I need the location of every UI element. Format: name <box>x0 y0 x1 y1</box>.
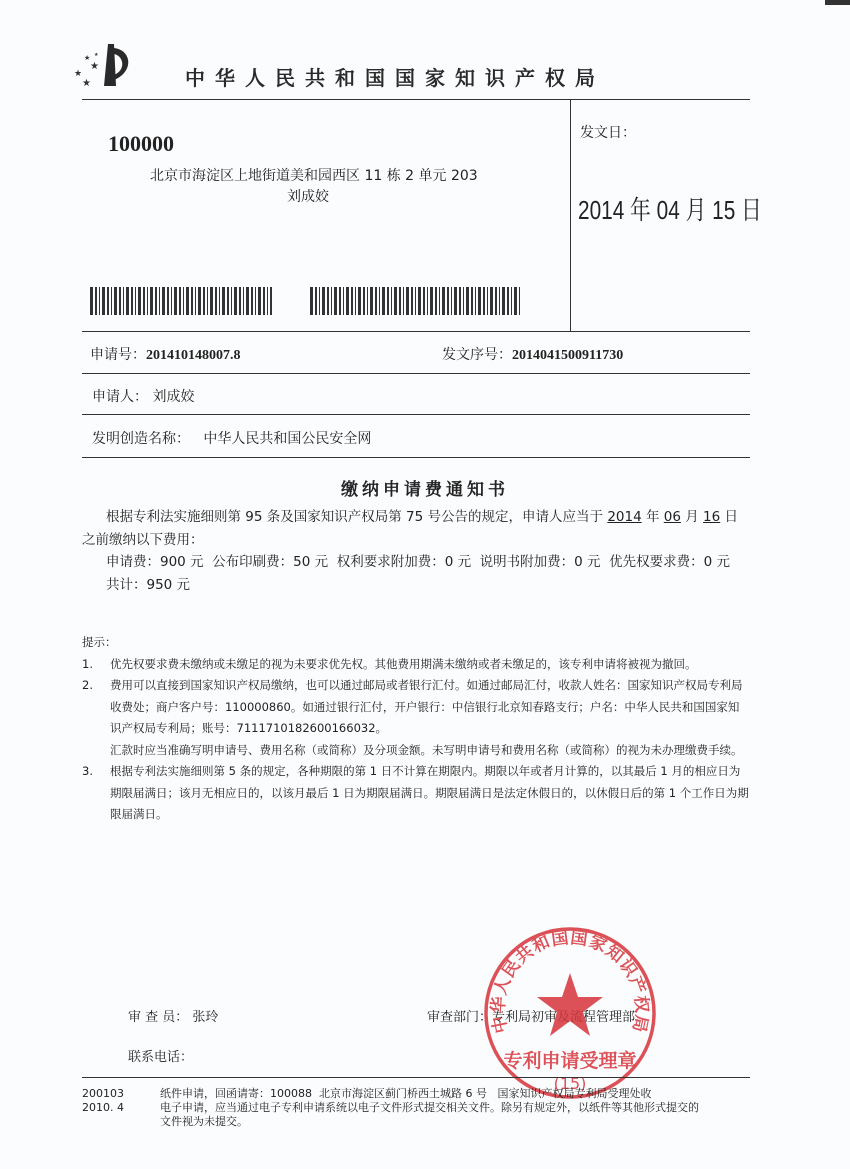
department-name: 专利局初审及流程管理部 <box>492 1010 635 1025</box>
serial-number-value: 2014041500911730 <box>512 348 623 363</box>
postcode: 100000 <box>108 131 174 157</box>
tip-item: 1. 优先权要求费未缴纳或未缴足的视为未要求优先权。其他费用期满未缴纳或者未缴足… <box>82 654 750 676</box>
serial-number-label: 发文序号： <box>442 347 512 363</box>
svg-text:★: ★ <box>90 61 99 72</box>
applicant-label: 申请人： <box>92 389 148 405</box>
department: 审查部门：专利局初审及流程管理部 <box>427 1006 635 1025</box>
seal-center-text: 专利申请受理章 <box>503 1049 636 1072</box>
divider <box>82 414 750 415</box>
divider <box>82 331 750 332</box>
barcode-right <box>310 287 520 315</box>
invention-title: 发明创造名称： 中华人民共和国公民安全网 <box>92 428 371 448</box>
scan-corner-mark <box>825 0 850 5</box>
divider <box>82 457 750 458</box>
tip-item: 2. 费用可以直接到国家知识产权局缴纳，也可以通过邮局或者银行汇付。如通过邮局汇… <box>82 675 750 740</box>
svg-text:★: ★ <box>94 52 99 58</box>
serial-number: 发文序号：2014041500911730 <box>442 344 623 364</box>
recipient-name: 刘成姣 <box>287 186 329 206</box>
tips-heading: 提示： <box>82 632 750 654</box>
fee-total: 共计：950 元 <box>82 574 750 597</box>
divider <box>82 373 750 374</box>
footer-divider <box>82 1077 750 1078</box>
deadline-month: 06 <box>664 509 681 525</box>
agency-name: 中华人民共和国国家知识产权局 <box>185 62 605 91</box>
applicant: 申请人： 刘成姣 <box>92 386 194 406</box>
footer-line: 200103 纸件申请，回函请寄：100088 北京市海淀区蓟门桥西土城路 6 … <box>82 1087 762 1101</box>
deadline-year: 2014 <box>607 509 641 525</box>
fee-list: 申请费：900 元 公布印刷费：50 元 权利要求附加费：0 元 说明书附加费：… <box>82 551 750 574</box>
barcode-left <box>90 287 272 315</box>
star-icon <box>537 973 603 1036</box>
department-label: 审查部门： <box>427 1010 492 1025</box>
notice-title: 缴纳申请费通知书 <box>0 475 850 500</box>
notice-intro: 根据专利法实施细则第 95 条及国家知识产权局第 75 号公告的规定，申请人应当… <box>82 506 750 551</box>
issue-date-value: 2014 年 04 月 15 日 <box>578 190 762 227</box>
divider-vertical <box>570 99 571 331</box>
tip-item: 3. 根据专利法实施细则第 5 条的规定，各种期限的第 1 日不计算在期限内。期… <box>82 761 750 826</box>
svg-text:★: ★ <box>74 69 82 79</box>
deadline-day: 16 <box>703 509 720 525</box>
divider <box>82 99 750 100</box>
cnipa-logo-icon: ★ ★ ★ ★ ★ <box>70 42 130 88</box>
footer-line: 文件视为未提交。 <box>82 1115 762 1129</box>
examiner: 审 查 员： 张玲 <box>128 1006 218 1025</box>
examiner-name: 张玲 <box>192 1010 218 1025</box>
application-number-value: 201410148007.8 <box>146 348 241 363</box>
invention-label: 发明创造名称： <box>92 431 190 447</box>
invention-value: 中华人民共和国公民安全网 <box>203 431 371 447</box>
notice-body: 根据专利法实施细则第 95 条及国家知识产权局第 75 号公告的规定，申请人应当… <box>82 506 750 596</box>
mailing-address: 北京市海淀区上地街道美和园西区 11 栋 2 单元 203 <box>150 165 478 185</box>
phone-label: 联系电话： <box>128 1050 193 1065</box>
contact-phone: 联系电话： <box>128 1046 193 1065</box>
tips-section: 提示： 1. 优先权要求费未缴纳或未缴足的视为未要求优先权。其他费用期满未缴纳或… <box>82 632 750 826</box>
issue-date-label: 发文日： <box>580 122 636 142</box>
tip-item-note: 汇款时应当准确写明申请号、费用名称（或简称）及分项金额。未写明申请号和费用名称（… <box>82 740 750 762</box>
examiner-label: 审 查 员： <box>128 1010 188 1025</box>
footer: 200103 纸件申请，回函请寄：100088 北京市海淀区蓟门桥西土城路 6 … <box>82 1087 762 1129</box>
application-number-label: 申请号： <box>90 347 146 363</box>
application-number: 申请号：201410148007.8 <box>90 344 241 364</box>
svg-text:★: ★ <box>82 78 91 88</box>
applicant-value: 刘成姣 <box>152 389 194 405</box>
footer-line: 2010. 4 电子申请，应当通过电子专利申请系统以电子文件形式提交相关文件。除… <box>82 1101 762 1115</box>
